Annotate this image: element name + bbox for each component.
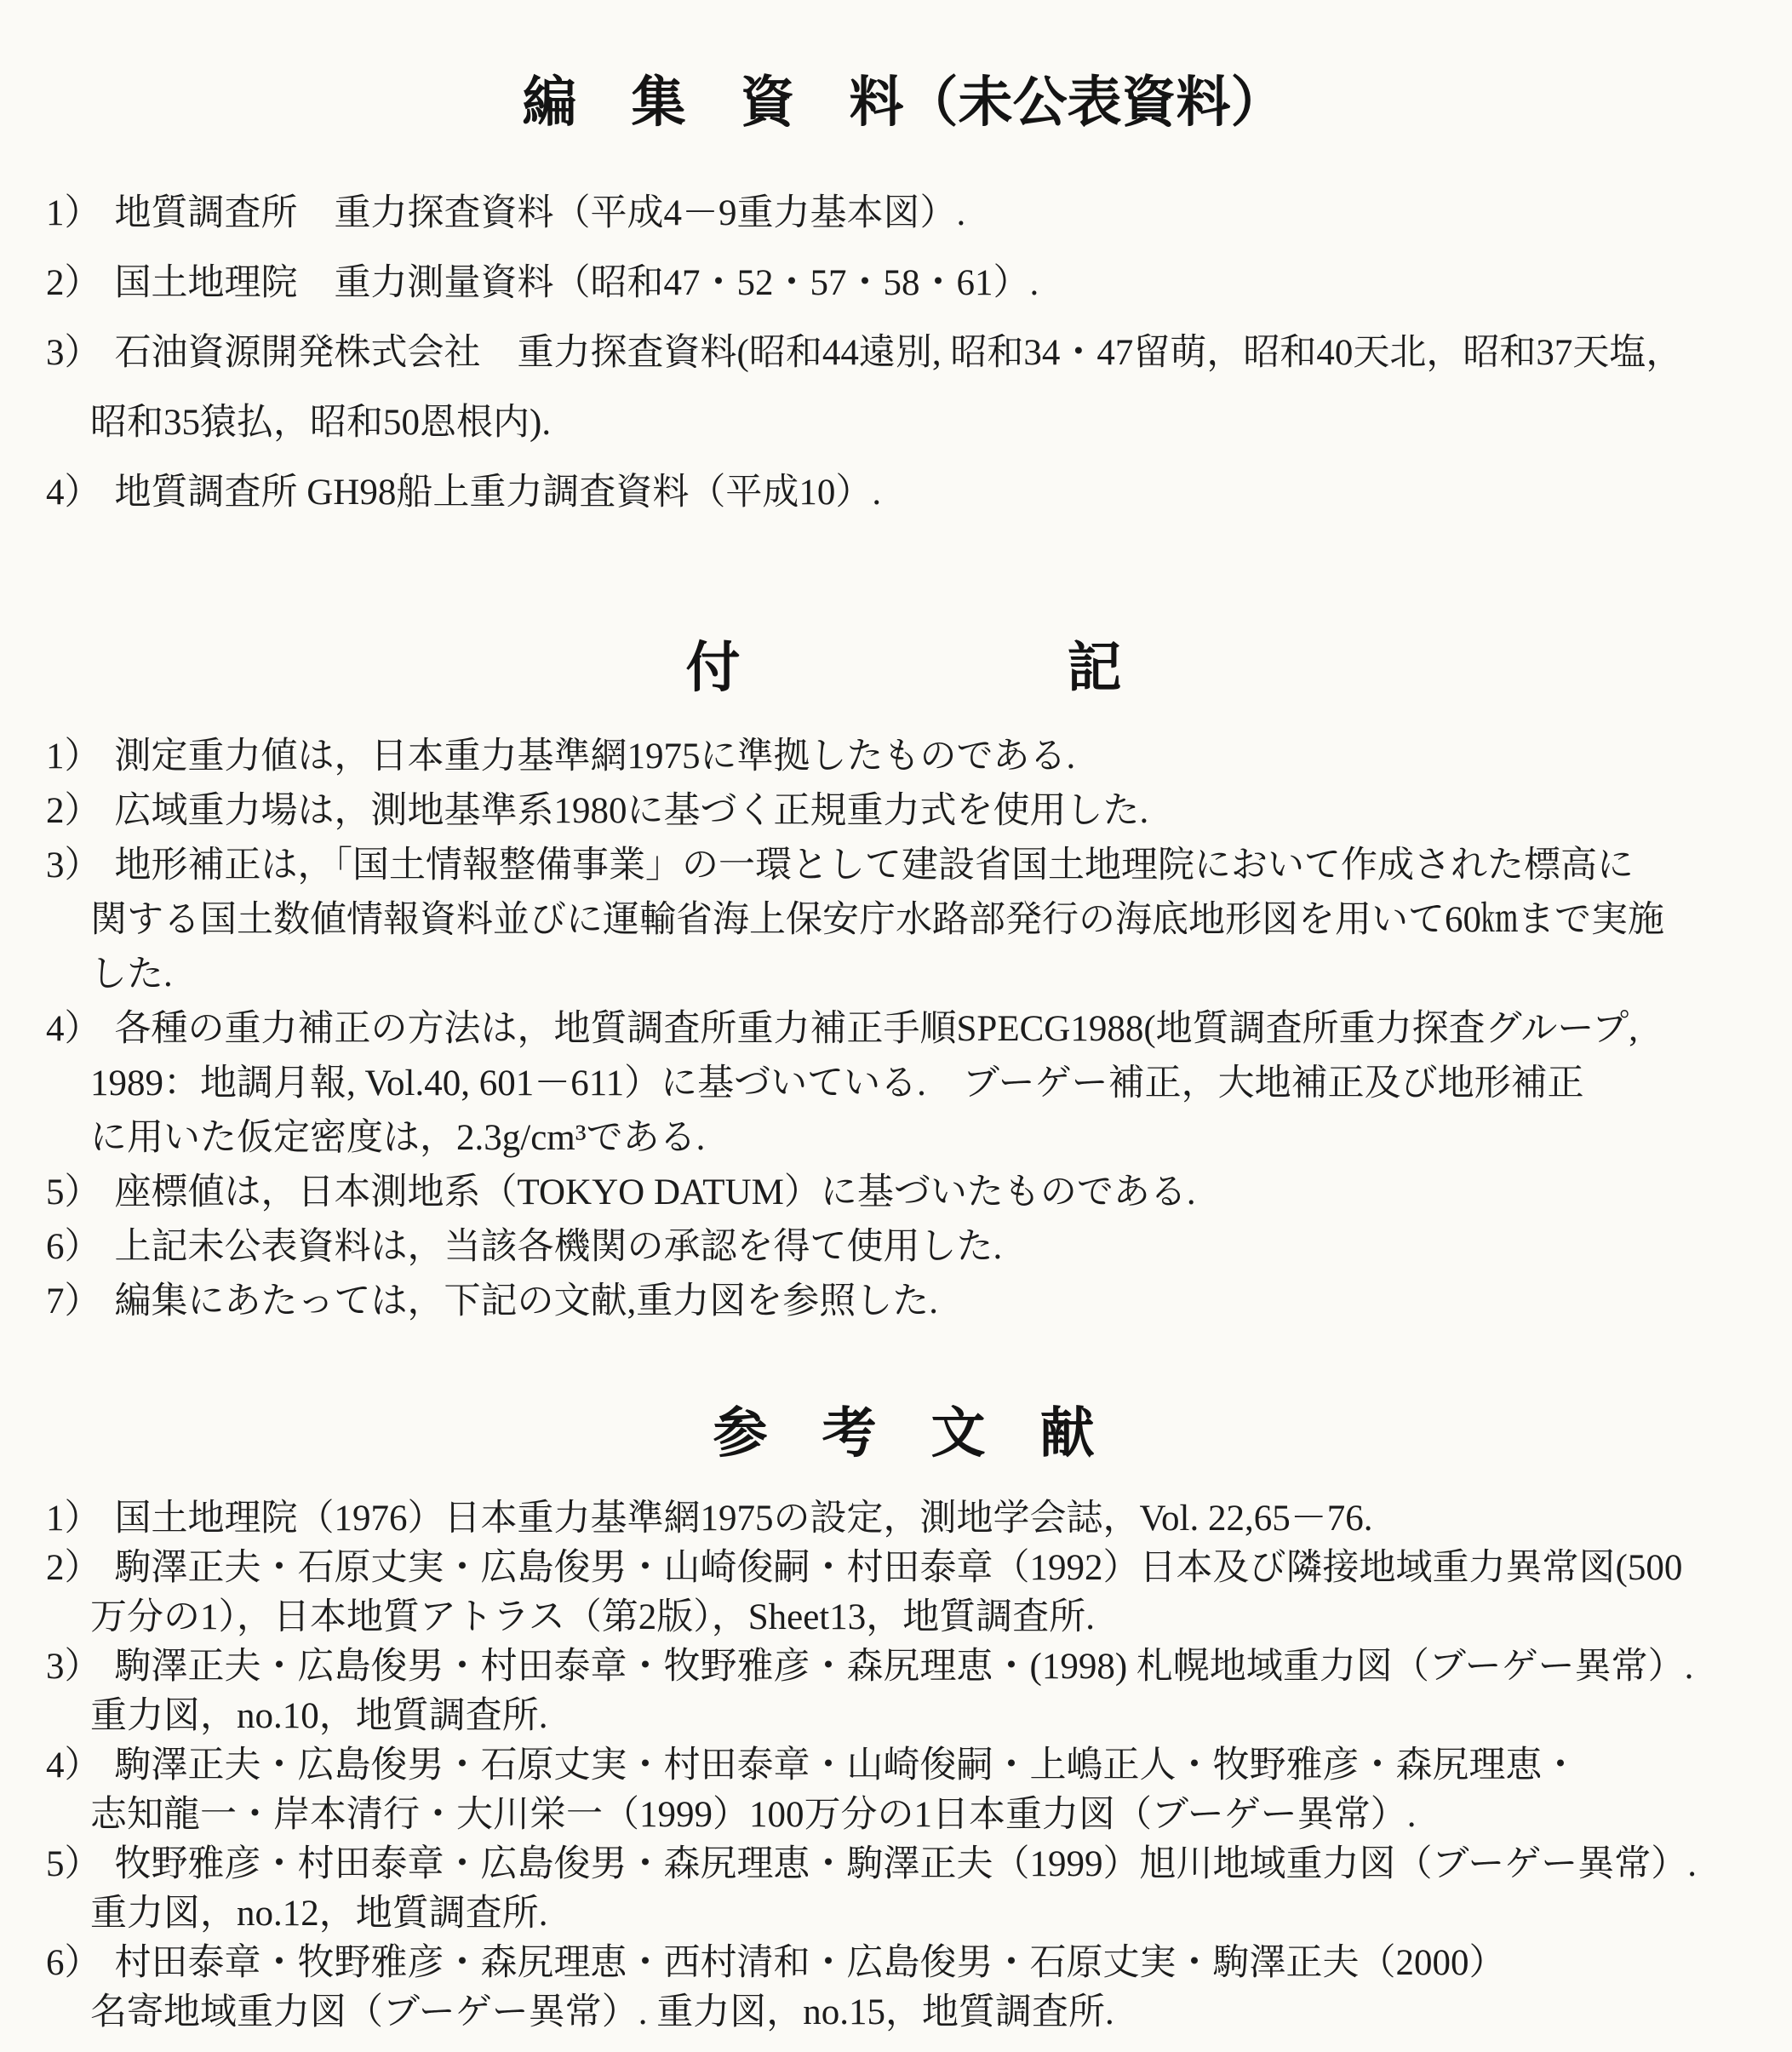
item-line: 7）編集にあたっては，下記の文献,重力図を参照した. <box>46 1275 1761 1329</box>
item-number: 4） <box>46 458 101 528</box>
item-line: 4）地質調査所 GH98船上重力調査資料（平成10）. <box>46 458 1761 528</box>
item-number: 6） <box>46 1220 101 1275</box>
reference-item: 5）牧野雅彦・村田泰章・広島俊男・森尻理恵・駒澤正夫（1999）旭川地域重力図（… <box>46 1840 1761 1939</box>
item-line: 2）広域重力場は，測地基準系1980に基づく正規重力式を使用した. <box>46 784 1761 839</box>
item-line-continuation: 関する国土数値情報資料並びに運輸省海上保安庁水路部発行の海底地形図を用いて60㎞… <box>90 893 1761 948</box>
item-number: 1） <box>46 1494 101 1544</box>
item-text: 測定重力値は，日本重力基準網1975に準拠したものである. <box>115 737 1076 777</box>
reference-item: 1）国土地理院（1976）日本重力基準網1975の設定，測地学会誌，Vol. 2… <box>46 1494 1761 1544</box>
item-line-continuation: した. <box>90 948 1761 1002</box>
item-text: 地質調査所 GH98船上重力調査資料（平成10）. <box>115 473 882 513</box>
item-number: 5） <box>46 1840 101 1889</box>
list-item: 2）広域重力場は，測地基準系1980に基づく正規重力式を使用した. <box>46 784 1761 839</box>
item-number: 2） <box>46 784 101 839</box>
item-line-continuation: 重力図，no.12，地質調査所. <box>90 1889 1761 1939</box>
item-number: 3） <box>46 1642 101 1692</box>
item-line: 4）各種の重力補正の方法は，地質調査所重力補正手順SPECG1988(地質調査所… <box>46 1002 1761 1057</box>
item-line: 2）駒澤正夫・石原丈実・広島俊男・山崎俊嗣・村田泰章（1992）日本及び隣接地域… <box>46 1544 1761 1593</box>
item-text: 駒澤正夫・広島俊男・村田泰章・牧野雅彦・森尻理恵・(1998) 札幌地域重力図（… <box>115 1647 1694 1687</box>
list-item: 6）上記未公表資料は，当該各機関の承認を得て使用した. <box>46 1220 1761 1275</box>
list-item: 3）地形補正は，「国土情報整備事業」の一環として建設省国土地理院において作成され… <box>46 839 1761 1002</box>
item-text: 国土地理院（1976）日本重力基準網1975の設定，測地学会誌，Vol. 22,… <box>115 1499 1373 1539</box>
list-item: 4）各種の重力補正の方法は，地質調査所重力補正手順SPECG1988(地質調査所… <box>46 1002 1761 1166</box>
item-line: 2）国土地理院 重力測量資料（昭和47・52・57・58・61）. <box>46 249 1761 318</box>
list-item: 2）国土地理院 重力測量資料（昭和47・52・57・58・61）. <box>46 249 1761 318</box>
item-line-continuation: に用いた仮定密度は，2.3g/cm³である. <box>90 1111 1761 1166</box>
list-item: 1）地質調査所 重力探査資料（平成4－9重力基本図）. <box>46 179 1761 249</box>
item-number: 1） <box>46 730 101 784</box>
item-number: 3） <box>46 839 101 893</box>
list-item: 4）地質調査所 GH98船上重力調査資料（平成10）. <box>46 458 1761 528</box>
item-text: 各種の重力補正の方法は，地質調査所重力補正手順SPECG1988(地質調査所重力… <box>115 1009 1638 1049</box>
item-line-continuation: 重力図，no.10，地質調査所. <box>90 1692 1761 1741</box>
item-text: 上記未公表資料は，当該各機関の承認を得て使用した. <box>115 1227 1003 1267</box>
section-heading-compilation-sources: 編 集 資 料（未公表資料） <box>46 72 1761 135</box>
item-text: 石油資源開発株式会社 重力探査資料(昭和44遠別, 昭和34・47留萌，昭和40… <box>115 333 1683 373</box>
section-heading-notes: 付 記 <box>46 637 1761 700</box>
references-list: 1）国土地理院（1976）日本重力基準網1975の設定，測地学会誌，Vol. 2… <box>46 1494 1761 2038</box>
item-number: 5） <box>46 1166 101 1220</box>
item-text: 村田泰章・牧野雅彦・森尻理恵・西村清和・広島俊男・石原丈実・駒澤正夫（2000） <box>115 1943 1506 1983</box>
list-item: 3）石油資源開発株式会社 重力探査資料(昭和44遠別, 昭和34・47留萌，昭和… <box>46 318 1761 458</box>
item-line: 5）座標値は，日本測地系（TOKYO DATUM）に基づいたものである. <box>46 1166 1761 1220</box>
item-number: 4） <box>46 1002 101 1057</box>
item-number: 4） <box>46 1741 101 1791</box>
item-number: 7） <box>46 1275 101 1329</box>
item-line: 6）村田泰章・牧野雅彦・森尻理恵・西村清和・広島俊男・石原丈実・駒澤正夫（200… <box>46 1939 1761 1988</box>
item-line: 3）石油資源開発株式会社 重力探査資料(昭和44遠別, 昭和34・47留萌，昭和… <box>46 318 1761 388</box>
list-item: 7）編集にあたっては，下記の文献,重力図を参照した. <box>46 1275 1761 1329</box>
item-line: 1）地質調査所 重力探査資料（平成4－9重力基本図）. <box>46 179 1761 249</box>
item-line: 4）駒澤正夫・広島俊男・石原丈実・村田泰章・山崎俊嗣・上嶋正人・牧野雅彦・森尻理… <box>46 1741 1761 1791</box>
item-text: 地形補正は，「国土情報整備事業」の一環として建設省国土地理院において作成された標… <box>115 845 1635 886</box>
item-text: 牧野雅彦・村田泰章・広島俊男・森尻理恵・駒澤正夫（1999）旭川地域重力図（ブー… <box>115 1844 1697 1884</box>
compilation-sources-list: 1）地質調査所 重力探査資料（平成4－9重力基本図）. 2）国土地理院 重力測量… <box>46 179 1761 528</box>
item-text: 座標値は，日本測地系（TOKYO DATUM）に基づいたものである. <box>115 1172 1196 1212</box>
item-text: 駒澤正夫・広島俊男・石原丈実・村田泰章・山崎俊嗣・上嶋正人・牧野雅彦・森尻理恵・ <box>115 1745 1579 1785</box>
item-number: 1） <box>46 179 101 249</box>
item-text: 地質調査所 重力探査資料（平成4－9重力基本図）. <box>115 193 966 233</box>
item-number: 6） <box>46 1939 101 1988</box>
section-heading-references: 参 考 文 献 <box>46 1402 1761 1465</box>
item-line-continuation: 万分の1），日本地質アトラス（第2版），Sheet13，地質調査所. <box>90 1593 1761 1642</box>
item-number: 2） <box>46 1544 101 1593</box>
item-line: 6）上記未公表資料は，当該各機関の承認を得て使用した. <box>46 1220 1761 1275</box>
list-item: 1）測定重力値は，日本重力基準網1975に準拠したものである. <box>46 730 1761 784</box>
notes-list: 1）測定重力値は，日本重力基準網1975に準拠したものである. 2）広域重力場は… <box>46 730 1761 1329</box>
document-page: 編 集 資 料（未公表資料） 1）地質調査所 重力探査資料（平成4－9重力基本図… <box>0 0 1792 2038</box>
item-text: 広域重力場は，測地基準系1980に基づく正規重力式を使用した. <box>115 791 1149 831</box>
item-line: 3）駒澤正夫・広島俊男・村田泰章・牧野雅彦・森尻理恵・(1998) 札幌地域重力… <box>46 1642 1761 1692</box>
item-number: 2） <box>46 249 101 318</box>
item-line-continuation: 1989：地調月報, Vol.40, 601－611）に基づいている. ブーゲー… <box>90 1057 1761 1111</box>
reference-item: 6）村田泰章・牧野雅彦・森尻理恵・西村清和・広島俊男・石原丈実・駒澤正夫（200… <box>46 1939 1761 2038</box>
item-line-continuation: 志知龍一・岸本清行・大川栄一（1999）100万分の1日本重力図（ブーゲー異常）… <box>90 1791 1761 1840</box>
item-number: 3） <box>46 318 101 388</box>
item-text: 編集にあたっては，下記の文献,重力図を参照した. <box>115 1281 939 1321</box>
list-item: 5）座標値は，日本測地系（TOKYO DATUM）に基づいたものである. <box>46 1166 1761 1220</box>
item-line: 1）測定重力値は，日本重力基準網1975に準拠したものである. <box>46 730 1761 784</box>
item-text: 国土地理院 重力測量資料（昭和47・52・57・58・61）. <box>115 263 1039 303</box>
item-line: 3）地形補正は，「国土情報整備事業」の一環として建設省国土地理院において作成され… <box>46 839 1761 893</box>
reference-item: 3）駒澤正夫・広島俊男・村田泰章・牧野雅彦・森尻理恵・(1998) 札幌地域重力… <box>46 1642 1761 1741</box>
item-line: 1）国土地理院（1976）日本重力基準網1975の設定，測地学会誌，Vol. 2… <box>46 1494 1761 1544</box>
item-text: 駒澤正夫・石原丈実・広島俊男・山崎俊嗣・村田泰章（1992）日本及び隣接地域重力… <box>115 1548 1683 1588</box>
item-line: 5）牧野雅彦・村田泰章・広島俊男・森尻理恵・駒澤正夫（1999）旭川地域重力図（… <box>46 1840 1761 1889</box>
reference-item: 2）駒澤正夫・石原丈実・広島俊男・山崎俊嗣・村田泰章（1992）日本及び隣接地域… <box>46 1544 1761 1642</box>
item-line-continuation: 昭和35猿払，昭和50恩根内). <box>90 388 1761 458</box>
reference-item: 4）駒澤正夫・広島俊男・石原丈実・村田泰章・山崎俊嗣・上嶋正人・牧野雅彦・森尻理… <box>46 1741 1761 1840</box>
item-line-continuation: 名寄地域重力図（ブーゲー異常）. 重力図，no.15，地質調査所. <box>90 1988 1761 2038</box>
